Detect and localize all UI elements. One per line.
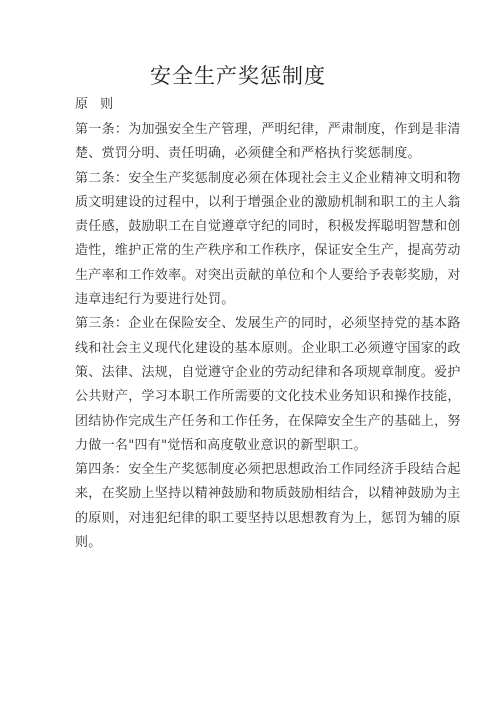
text-line: 造性，维护正常的生产秩序和工作秩序，保证安全生产，提高劳动: [75, 239, 427, 263]
document-body: 第一条：为加强安全生产管理，严明纪律，严肃制度，作到是非清 楚、赏罚分明、责任明…: [75, 118, 427, 555]
text-line: 生产率和工作效率。对突出贡献的单位和个人要给予表彰奖励，对: [75, 264, 427, 288]
text-line: 责任感，鼓励职工在自觉遵章守纪的同时，积极发挥聪明智慧和创: [75, 215, 427, 239]
text-line: 公共财产，学习本职工作所需要的文化技术业务知识和操作技能，: [75, 385, 427, 409]
section-heading: 原 则: [75, 93, 117, 112]
article-4: 第四条：安全生产奖惩制度必须把思想政治工作同经济手段结合起 来，在奖励上坚持以精…: [75, 458, 427, 555]
text-line: 第四条：安全生产奖惩制度必须把思想政治工作同经济手段结合起: [75, 458, 427, 482]
text-line: 楚、赏罚分明、责任明确，必须健全和严格执行奖惩制度。: [75, 142, 427, 166]
article-2: 第二条：安全生产奖惩制度必须在体现社会主义企业精神文明和物 质文明建设的过程中，…: [75, 167, 427, 313]
text-line: 线和社会主义现代化建设的基本原则。企业职工必须遵守国家的政: [75, 337, 427, 361]
text-line: 第二条：安全生产奖惩制度必须在体现社会主义企业精神文明和物: [75, 167, 427, 191]
text-line: 来，在奖励上坚持以精神鼓励和物质鼓励相结合，以精神鼓励为主: [75, 482, 427, 506]
text-line: 则。: [75, 531, 427, 555]
article-1: 第一条：为加强安全生产管理，严明纪律，严肃制度，作到是非清 楚、赏罚分明、责任明…: [75, 118, 427, 167]
text-line: 力做一名"四有"觉悟和高度敬业意识的新型职工。: [75, 434, 427, 458]
text-line: 的原则，对违犯纪律的职工要坚持以思想教育为上，惩罚为辅的原: [75, 507, 427, 531]
text-line: 第三条：企业在保险安全、发展生产的同时，必须坚持党的基本路: [75, 312, 427, 336]
text-line: 违章违纪行为要进行处罚。: [75, 288, 427, 312]
text-line: 策、法律、法规，自觉遵守企业的劳动纪律和各项规章制度。爱护: [75, 361, 427, 385]
document-title: 安全生产奖惩制度: [150, 60, 326, 90]
text-line: 第一条：为加强安全生产管理，严明纪律，严肃制度，作到是非清: [75, 118, 427, 142]
document-page: 安全生产奖惩制度 原 则 第一条：为加强安全生产管理，严明纪律，严肃制度，作到是…: [0, 0, 500, 707]
text-line: 团结协作完成生产任务和工作任务，在保障安全生产的基础上，努: [75, 410, 427, 434]
text-line: 质文明建设的过程中，以利于增强企业的激励机制和职工的主人翁: [75, 191, 427, 215]
article-3: 第三条：企业在保险安全、发展生产的同时，必须坚持党的基本路 线和社会主义现代化建…: [75, 312, 427, 458]
